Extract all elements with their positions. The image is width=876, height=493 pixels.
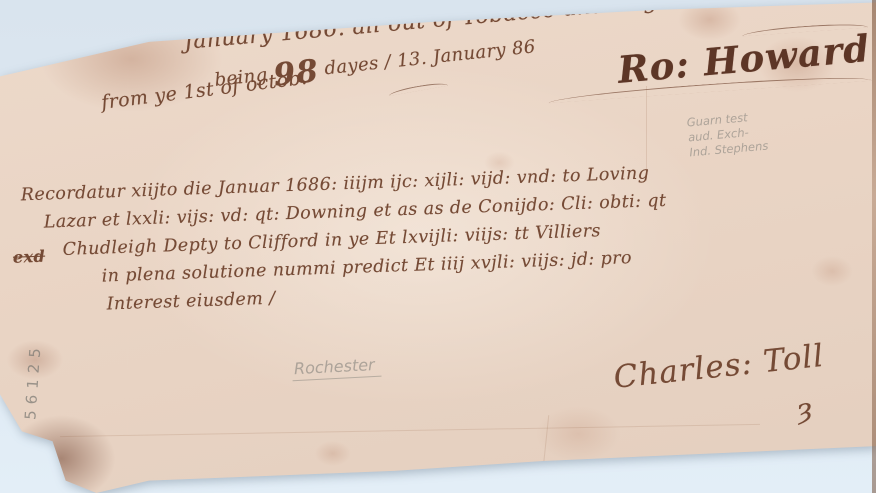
- paper-crease-horizontal: [60, 424, 760, 437]
- document-scan: incurd January 1686. all out of Tobacco …: [0, 0, 876, 493]
- header-line-from: from ye 1st of octob.: [100, 67, 309, 114]
- margin-exd-note: exd: [13, 247, 46, 267]
- toll-signature-flourish: ȝ: [795, 391, 814, 426]
- pencil-annotation-right: Guarn test aud. Exch- Ind. Stephens: [686, 109, 769, 161]
- paper-shadow: incurd January 1686. all out of Tobacco …: [0, 0, 876, 493]
- vertical-archive-number: 56125: [19, 316, 46, 447]
- manuscript-paper: incurd January 1686. all out of Tobacco …: [0, 0, 876, 493]
- scan-right-edge-shadow: [872, 0, 876, 493]
- flourish-line-small: [388, 81, 448, 96]
- paper-crease-vertical-2: [542, 415, 549, 477]
- paper-crease-vertical-1: [646, 86, 647, 181]
- header-insertion: incurd: [255, 14, 301, 34]
- body-line-5: Interest eiusdem /: [106, 289, 275, 315]
- signature-charles-toll: Charles: Toll: [612, 338, 826, 396]
- after-days-text: dayes / 13. January 86: [323, 36, 536, 79]
- pencil-rochester-note: Rochester: [291, 355, 381, 382]
